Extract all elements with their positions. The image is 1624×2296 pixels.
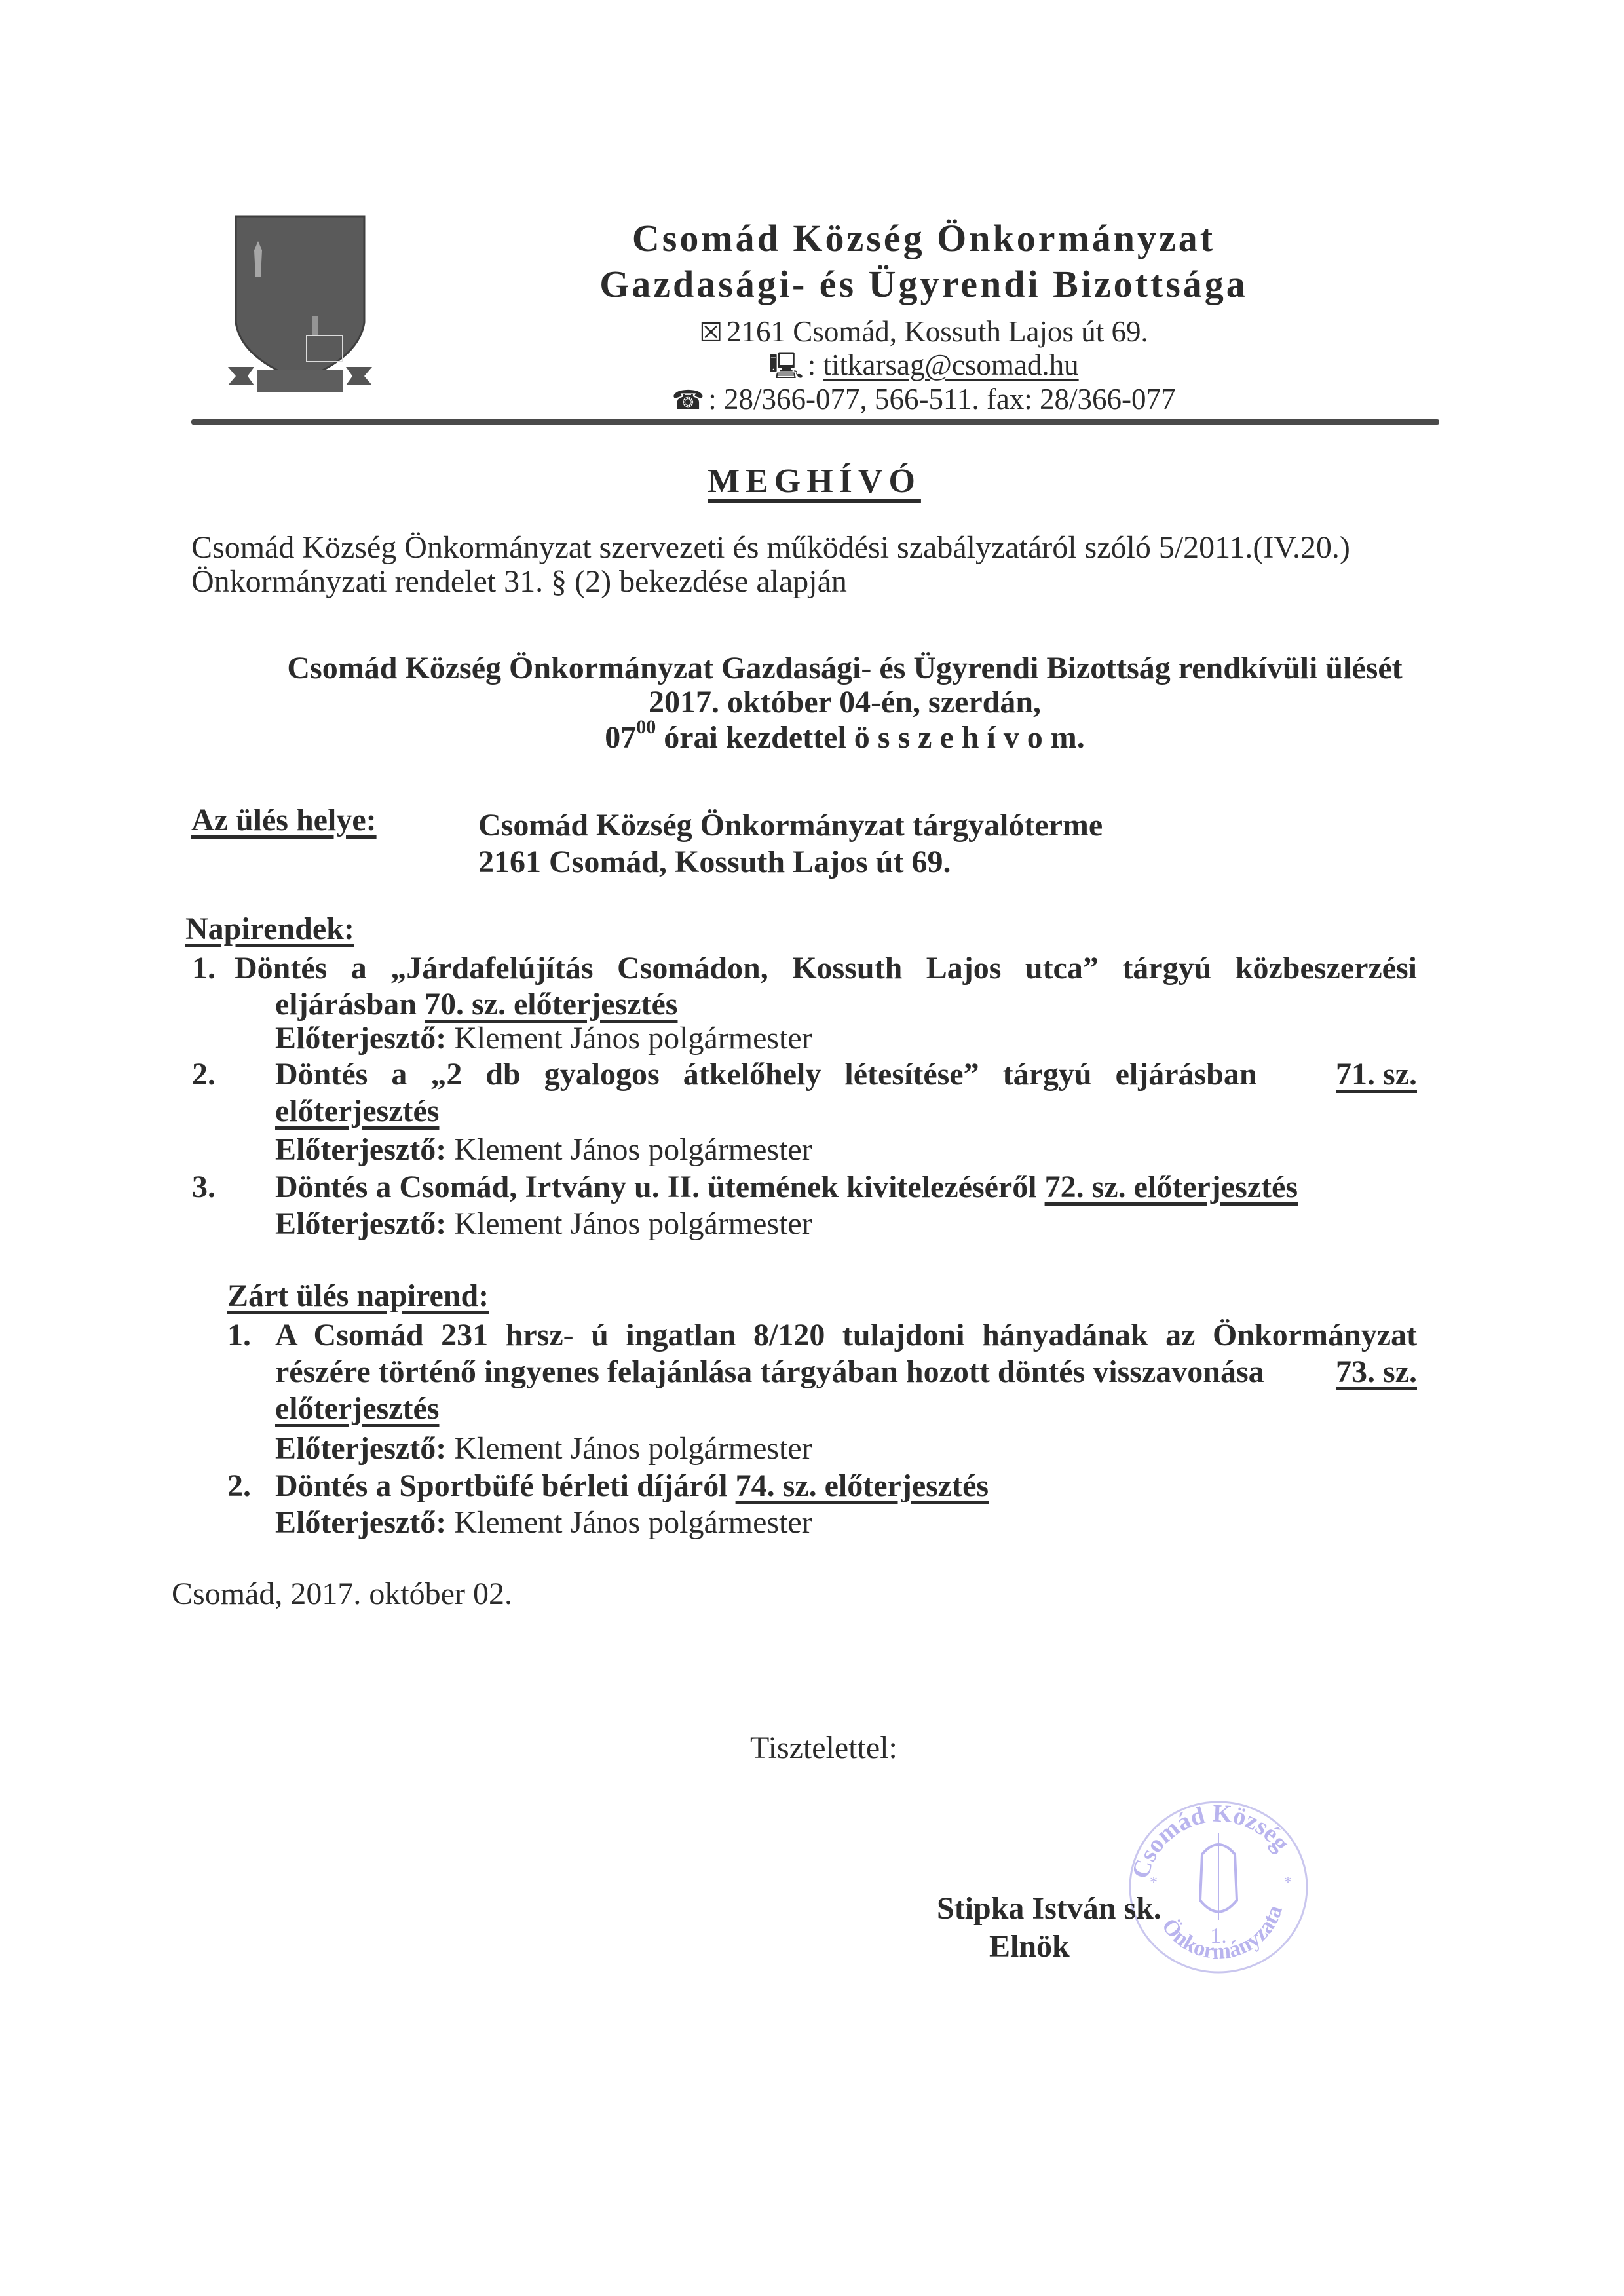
item-text: Döntés a Csomád, Irtvány u. II. ütemének… xyxy=(275,1170,1045,1204)
location-label: Az ülés helye: xyxy=(191,802,377,838)
item-title-line-1: A Csomád 231 hrsz- ú ingatlan 8/120 tula… xyxy=(275,1317,1417,1353)
presenter-name: Klement János polgármester xyxy=(446,1132,812,1167)
signatory-name: Stipka István sk. xyxy=(937,1890,1161,1926)
time-minute: 00 xyxy=(636,716,656,738)
svg-text:1.: 1. xyxy=(1210,1924,1227,1948)
item-presenter: Előterjesztő: Klement János polgármester xyxy=(275,1020,812,1056)
convene-time: 0700 órai kezdettel ö s s z e h í v o m. xyxy=(0,719,1624,756)
item-presenter: Előterjesztő: Klement János polgármester xyxy=(275,1430,812,1466)
agenda-heading: Napirendek: xyxy=(185,911,354,947)
item-title-line-1: Döntés a „2 db gyalogos átkelőhely létes… xyxy=(275,1056,1417,1092)
presenter-label: Előterjesztő: xyxy=(275,1431,446,1466)
item-number: 1. xyxy=(192,950,216,986)
location-line-1: Csomád Község Önkormányzat tárgyalóterme xyxy=(478,807,1103,843)
convene-date: 2017. október 04-én, szerdán, xyxy=(0,684,1624,720)
item-text: Döntés a Sportbüfé bérleti díjáról xyxy=(275,1468,736,1503)
item-presenter: Előterjesztő: Klement János polgármester xyxy=(275,1132,812,1168)
coat-of-arms-logo xyxy=(228,211,372,394)
stamp-text-top: Csomád Község xyxy=(1127,1799,1295,1881)
phone-text: : 28/366-077, 566-511. fax: 28/366-077 xyxy=(708,383,1175,415)
intro-line-1: Csomád Község Önkormányzat szervezeti és… xyxy=(191,529,1350,565)
envelope-icon: ☒ xyxy=(699,318,723,347)
presenter-label: Előterjesztő: xyxy=(275,1505,446,1540)
presenter-name: Klement János polgármester xyxy=(446,1505,812,1540)
letterhead-divider xyxy=(191,419,1439,425)
svg-text:*: * xyxy=(1284,1874,1292,1891)
item-title-line-1: Döntés a „Járdafelújítás Csomádon, Kossu… xyxy=(235,950,1417,986)
place-and-date: Csomád, 2017. október 02. xyxy=(172,1576,512,1612)
item-text: eljárásban xyxy=(275,987,425,1022)
email-prefix: : xyxy=(808,349,823,381)
proposal-link[interactable]: 73. sz. xyxy=(1336,1354,1417,1390)
item-number: 2. xyxy=(227,1468,251,1504)
proposal-link[interactable]: 74. sz. előterjesztés xyxy=(736,1468,989,1503)
svg-text:*: * xyxy=(1150,1874,1158,1891)
time-hour: 07 xyxy=(605,720,636,755)
proposal-link[interactable]: 71. sz. xyxy=(1336,1056,1417,1092)
item-text: részére történő ingyenes felajánlása tár… xyxy=(275,1354,1264,1390)
official-stamp: Csomád Község Önkormányzata 1. * * xyxy=(1120,1789,1317,1985)
address-text: 2161 Csomád, Kossuth Lajos út 69. xyxy=(727,315,1148,348)
intro-line-2: Önkormányzati rendelet 31. § (2) bekezdé… xyxy=(191,564,847,600)
letterhead-phone: ☎: 28/366-077, 566-511. fax: 28/366-077 xyxy=(563,382,1284,416)
item-title-line-1: Döntés a Csomád, Irtvány u. II. ütemének… xyxy=(275,1169,1298,1205)
item-title-line-2: eljárásban 70. sz. előterjesztés xyxy=(275,986,677,1022)
presenter-name: Klement János polgármester xyxy=(446,1206,812,1241)
convene-rest: órai kezdettel ö s s z e h í v o m. xyxy=(656,720,1085,755)
presenter-label: Előterjesztő: xyxy=(275,1132,446,1167)
item-number: 3. xyxy=(192,1169,216,1205)
presenter-name: Klement János polgármester xyxy=(446,1021,812,1056)
letterhead-org-name: Csomád Község Önkormányzat xyxy=(563,216,1284,260)
item-title-line-1: Döntés a Sportbüfé bérleti díjáról 74. s… xyxy=(275,1468,989,1504)
document-title: MEGHÍVÓ xyxy=(708,462,921,501)
proposal-link[interactable]: 70. sz. előterjesztés xyxy=(425,987,677,1022)
computer-icon: 🖳 xyxy=(768,351,803,381)
presenter-name: Klement János polgármester xyxy=(446,1431,812,1466)
telephone-icon: ☎ xyxy=(671,385,704,415)
letterhead-committee-name: Gazdasági- és Ügyrendi Bizottsága xyxy=(563,262,1284,306)
presenter-label: Előterjesztő: xyxy=(275,1206,446,1241)
proposal-link-cont[interactable]: előterjesztés xyxy=(275,1390,439,1426)
item-presenter: Előterjesztő: Klement János polgármester xyxy=(275,1504,812,1540)
letterhead-address: ☒2161 Csomád, Kossuth Lajos út 69. xyxy=(563,315,1284,349)
closed-agenda-heading: Zárt ülés napirend: xyxy=(227,1278,489,1314)
item-text: Döntés a „2 db gyalogos átkelőhely létes… xyxy=(275,1056,1257,1092)
presenter-label: Előterjesztő: xyxy=(275,1021,446,1056)
item-number: 1. xyxy=(227,1317,251,1353)
proposal-link[interactable]: 72. sz. előterjesztés xyxy=(1045,1170,1298,1204)
convene-line-1: Csomád Község Önkormányzat Gazdasági- és… xyxy=(0,650,1624,686)
svg-text:Csomád Község: Csomád Község xyxy=(1127,1799,1295,1881)
item-title-line-2: részére történő ingyenes felajánlása tár… xyxy=(275,1354,1417,1390)
item-number: 2. xyxy=(192,1056,216,1092)
email-link[interactable]: titkarsag@csomad.hu xyxy=(823,349,1079,381)
item-presenter: Előterjesztő: Klement János polgármester xyxy=(275,1206,812,1242)
proposal-link-cont[interactable]: előterjesztés xyxy=(275,1093,439,1129)
regards: Tisztelettel: xyxy=(750,1730,897,1766)
location-line-2: 2161 Csomád, Kossuth Lajos út 69. xyxy=(478,844,951,880)
signatory-title: Elnök xyxy=(989,1928,1070,1964)
